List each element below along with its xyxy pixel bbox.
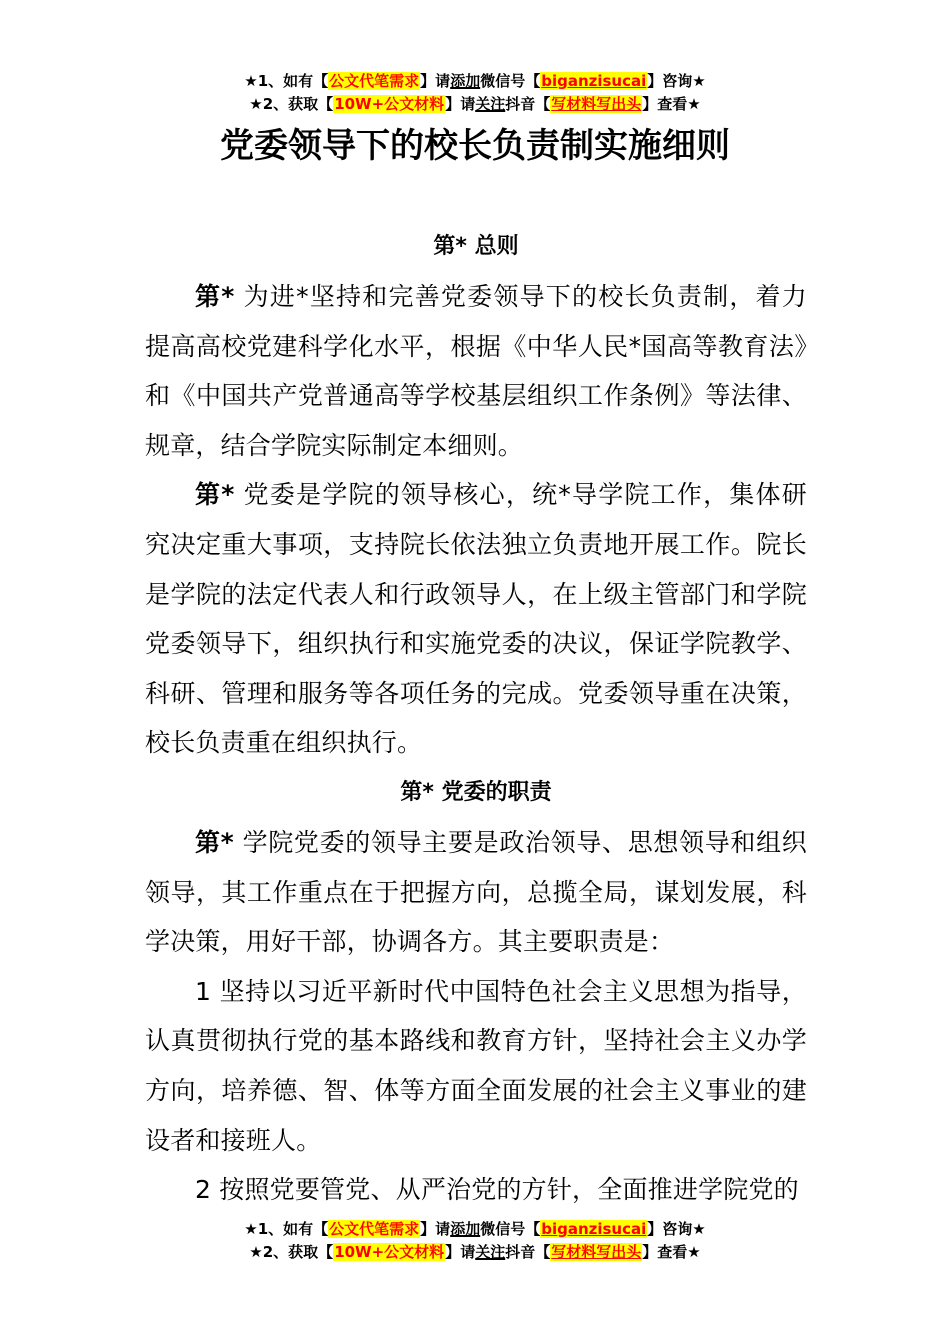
document-body: 第* 总则 第* 为进*坚持和完善党委领导下的校长负责制，着力提高高校党建科学化… [145,220,807,1215]
article-paragraph: 第* 学院党委的领导主要是政治领导、思想领导和组织领导，其工作重点在于把握方向，… [145,818,807,967]
highlight-wechat-id: biganzisucai [540,1220,647,1238]
promo-text: ★1、如有【 [244,1220,328,1238]
promo-line-2: ★2、获取【10W+公文材料】请关注抖音【写材料写出头】查看★ [0,93,950,116]
highlight-douyin-account: 写材料写出头 [550,1243,642,1261]
promo-text: 】咨询★ [647,1220,705,1238]
highlight-douyin-account: 写材料写出头 [550,95,642,113]
article-text: 学院党委的领导主要是政治领导、思想领导和组织领导，其工作重点在于把握方向，总揽全… [145,828,807,956]
underlined-action: 添加 [450,72,480,90]
promo-text: 】请 [420,1220,450,1238]
article-paragraph: 第* 为进*坚持和完善党委领导下的校长负责制，着力提高高校党建科学化水平，根据《… [145,272,807,470]
underlined-action: 添加 [450,1220,480,1238]
list-item-paragraph: 1 坚持以习近平新时代中国特色社会主义思想为指导，认真贯彻执行党的基本路线和教育… [145,967,807,1165]
promo-text: 】查看★ [642,1243,700,1261]
promo-text: 微信号【 [480,1220,540,1238]
highlight-service: 公文代笔需求 [328,72,420,90]
article-text: 党委是学院的领导核心，统*导学院工作，集体研究决定重大事项，支持院长依法独立负责… [145,480,807,757]
promo-text: 】请 [445,95,475,113]
promo-banner-top: ★1、如有【公文代笔需求】请添加微信号【biganzisucai】咨询★ ★2、… [0,70,950,116]
highlight-service: 公文代笔需求 [328,1220,420,1238]
underlined-action: 关注 [475,1243,505,1261]
promo-text: 】查看★ [642,95,700,113]
highlight-wechat-id: biganzisucai [540,72,647,90]
promo-line-2: ★2、获取【10W+公文材料】请关注抖音【写材料写出头】查看★ [0,1241,950,1264]
highlight-materials: 10W+公文材料 [333,95,445,113]
promo-text: ★2、获取【 [249,95,333,113]
promo-text: ★2、获取【 [249,1243,333,1261]
document-title: 党委领导下的校长负责制实施细则 [0,122,950,170]
underlined-action: 关注 [475,95,505,113]
promo-text: 】请 [420,72,450,90]
article-text: 为进*坚持和完善党委领导下的校长负责制，着力提高高校党建科学化水平，根据《中华人… [145,282,807,460]
chapter-heading: 第* 总则 [145,222,807,272]
promo-text: 】咨询★ [647,72,705,90]
article-number: 第* [195,282,235,311]
promo-text: 抖音【 [505,1243,550,1261]
list-item-text: 1 坚持以习近平新时代中国特色社会主义思想为指导，认真贯彻执行党的基本路线和教育… [145,977,807,1155]
promo-line-1: ★1、如有【公文代笔需求】请添加微信号【biganzisucai】咨询★ [0,70,950,93]
list-item-paragraph: 2 按照党要管党、从严治党的方针，全面推进学院党的 [145,1165,807,1215]
highlight-materials: 10W+公文材料 [333,1243,445,1261]
article-number: 第* [195,828,234,857]
promo-line-1: ★1、如有【公文代笔需求】请添加微信号【biganzisucai】咨询★ [0,1218,950,1241]
promo-banner-bottom: ★1、如有【公文代笔需求】请添加微信号【biganzisucai】咨询★ ★2、… [0,1218,950,1264]
article-number: 第* [195,480,235,509]
promo-text: 抖音【 [505,95,550,113]
list-item-text: 2 按照党要管党、从严治党的方针，全面推进学院党的 [195,1175,799,1204]
chapter-heading: 第* 党委的职责 [145,768,807,818]
promo-text: 微信号【 [480,72,540,90]
article-paragraph: 第* 党委是学院的领导核心，统*导学院工作，集体研究决定重大事项，支持院长依法独… [145,470,807,768]
promo-text: 】请 [445,1243,475,1261]
promo-text: ★1、如有【 [244,72,328,90]
